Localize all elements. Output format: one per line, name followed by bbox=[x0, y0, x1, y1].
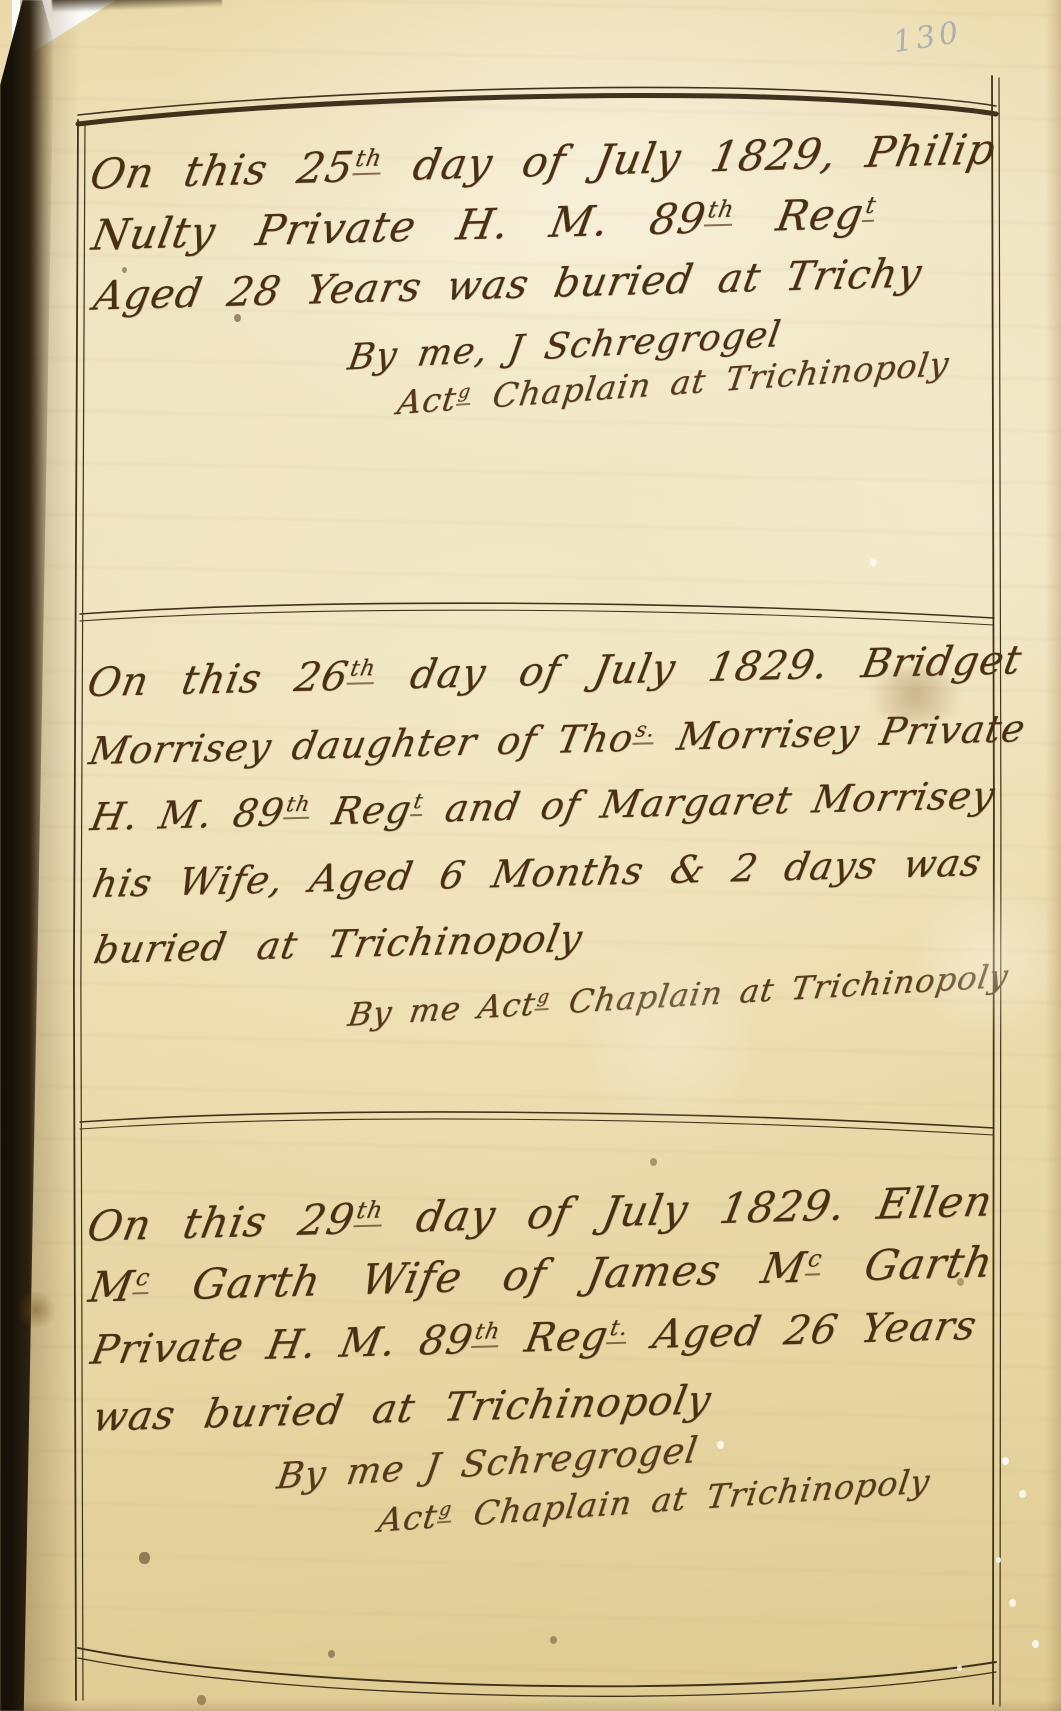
burial-entry-3: On this 29th day of July 1829. EllenMc G… bbox=[87, 1177, 1001, 1547]
register-scan: 130 On this 25th day of July 1829, Phili… bbox=[0, 0, 1061, 1711]
burial-entry-1: On this 25th day of July 1829, PhilipNul… bbox=[90, 125, 997, 430]
register-line: buried at Trichinopoly bbox=[91, 907, 1004, 972]
register-line: his Wife, Aged 6 Months & 2 days was bbox=[89, 841, 1002, 906]
register-line: Nulty Private H. M. 89th Regt bbox=[88, 186, 996, 258]
register-line: Morrisey daughter of Thos. Morrisey Priv… bbox=[86, 708, 999, 773]
burial-entry-2: On this 26th day of July 1829. BridgetMo… bbox=[88, 639, 1002, 1040]
register-line: H. M. 89th Regt and of Margaret Morrisey bbox=[87, 774, 1000, 839]
register-line: Mc Garth Wife of James Mc Garth bbox=[85, 1238, 998, 1311]
register-line: Aged 28 Years was buried at Trichy bbox=[90, 249, 998, 319]
register-line: Private H. M. 89th Regt. Aged 26 Years bbox=[87, 1303, 1000, 1373]
